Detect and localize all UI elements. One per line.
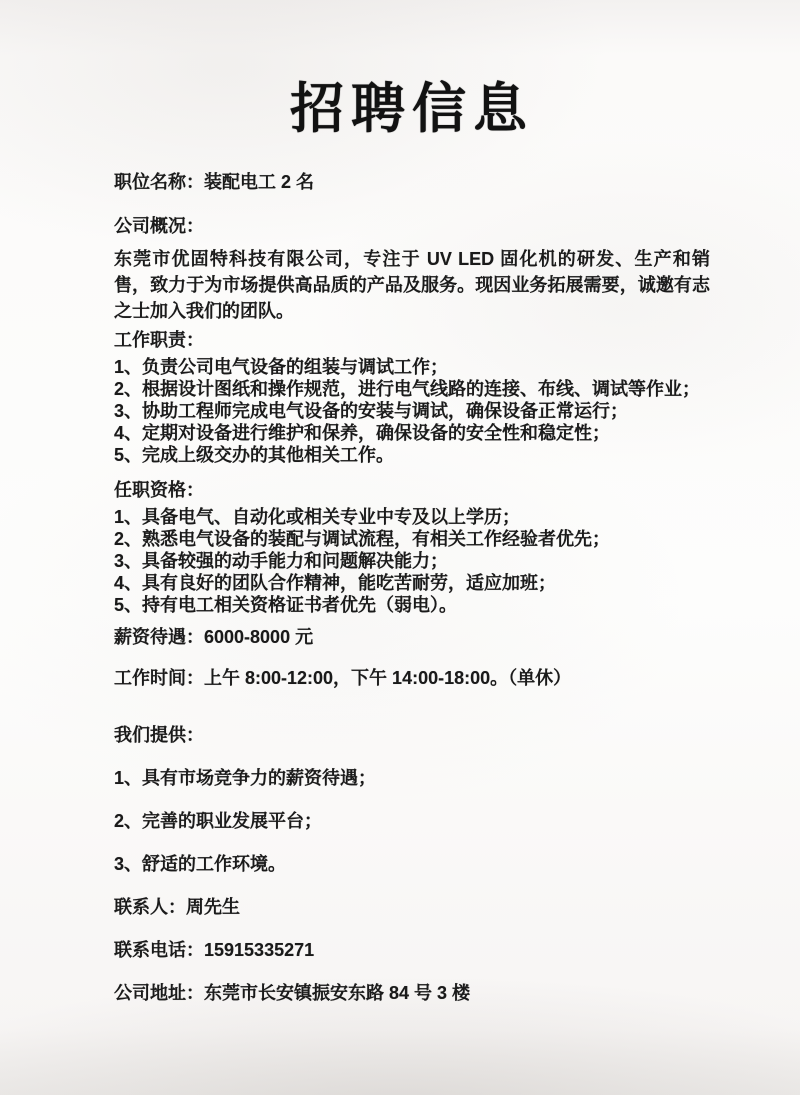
company-address-line: 公司地址：东莞市长安镇振安东路 84 号 3 楼 (114, 981, 710, 1005)
working-hours-line: 工作时间：上午 8:00-12:00，下午 14:00-18:00。（单休） (114, 666, 710, 690)
responsibility-item: 1、负责公司电气设备的组装与调试工作； (114, 356, 710, 378)
page-title: 招聘信息 (114, 78, 710, 140)
benefit-item: 2、完善的职业发展平台； (114, 809, 710, 833)
qualification-item: 2、熟悉电气设备的装配与调试流程，有相关工作经验者优先； (114, 528, 710, 550)
contact-person-line: 联系人：周先生 (114, 895, 710, 919)
qualification-item: 5、持有电工相关资格证书者优先（弱电）。 (114, 594, 710, 616)
qualifications-heading: 任职资格： (114, 478, 710, 502)
position-name-line: 职位名称：装配电工 2 名 (114, 170, 710, 194)
scanned-document-page: 招聘信息 职位名称：装配电工 2 名 公司概况： 东莞市优固特科技有限公司，专注… (0, 0, 800, 1095)
responsibility-item: 3、协助工程师完成电气设备的安装与调试，确保设备正常运行； (114, 400, 710, 422)
salary-line: 薪资待遇：6000-8000 元 (114, 625, 710, 649)
benefit-item: 1、具有市场竞争力的薪资待遇； (114, 766, 710, 790)
responsibilities-heading: 工作职责： (114, 328, 710, 352)
qualification-item: 4、具有良好的团队合作精神，能吃苦耐劳，适应加班； (114, 572, 710, 594)
company-overview-paragraph: 东莞市优固特科技有限公司，专注于 UV LED 固化机的研发、生产和销售，致力于… (114, 246, 710, 324)
responsibilities-list: 1、负责公司电气设备的组装与调试工作； 2、根据设计图纸和操作规范，进行电气线路… (114, 356, 710, 466)
responsibility-item: 5、完成上级交办的其他相关工作。 (114, 444, 710, 466)
responsibility-item: 2、根据设计图纸和操作规范，进行电气线路的连接、布线、调试等作业； (114, 378, 710, 400)
qualifications-list: 1、具备电气、自动化或相关专业中专及以上学历； 2、熟悉电气设备的装配与调试流程… (114, 506, 710, 616)
qualification-item: 1、具备电气、自动化或相关专业中专及以上学历； (114, 506, 710, 528)
benefit-item: 3、舒适的工作环境。 (114, 852, 710, 876)
company-overview-heading: 公司概况： (114, 214, 710, 238)
we-provide-heading: 我们提供： (114, 723, 710, 747)
qualification-item: 3、具备较强的动手能力和问题解决能力； (114, 550, 710, 572)
document-content: 招聘信息 职位名称：装配电工 2 名 公司概况： 东莞市优固特科技有限公司，专注… (114, 0, 710, 1005)
responsibility-item: 4、定期对设备进行维护和保养，确保设备的安全性和稳定性； (114, 422, 710, 444)
contact-phone-line: 联系电话：15915335271 (114, 938, 710, 962)
